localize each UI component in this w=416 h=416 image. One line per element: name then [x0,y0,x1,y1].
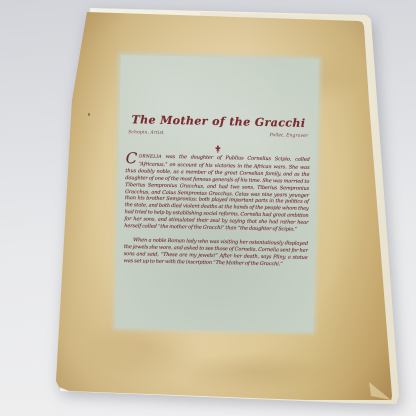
credit-artist: Schopin, Artist [128,130,164,136]
paragraph-1-text: was the daughter of Publius Cornelius Sc… [124,154,310,233]
paper-speck [88,113,90,116]
plate-content: The Mother of the Gracchi Schopin, Artis… [115,55,319,332]
page-title: The Mother of the Gracchi [119,113,317,130]
book-page: The Mother of the Gracchi Schopin, Artis… [55,12,392,400]
credit-engraver: Pollet, Engraver [270,133,309,139]
page-stack: The Mother of the Gracchi Schopin, Artis… [0,0,416,416]
body-paragraph-1: CORNELIA was the daughter of Publius Cor… [124,153,310,234]
drop-cap: C [126,153,138,165]
body-paragraph-2: When a noble Roman lady who was visiting… [123,237,308,268]
printed-wash-plate: The Mother of the Gracchi Schopin, Artis… [115,55,319,332]
opening-word: ORNELIA [139,154,162,159]
paper-stain [175,352,335,392]
ornament-wrap [119,138,317,150]
fleur-de-lis-ornament-icon [215,145,221,153]
photo-surface: The Mother of the Gracchi Schopin, Artis… [0,0,416,416]
